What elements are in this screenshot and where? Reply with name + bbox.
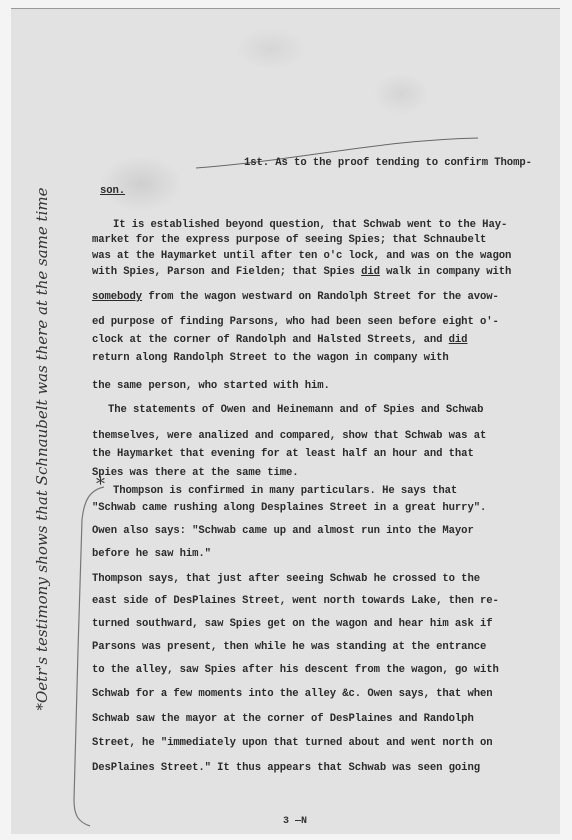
p1-line-1: It is established beyond question, that …: [113, 219, 507, 231]
p4-line-6: Schwab for a few moments into the alley …: [92, 688, 492, 700]
p1-line-6: ed purpose of finding Parsons, who had b…: [92, 316, 499, 328]
p3-line-2: "Schwab came rushing along Desplaines St…: [92, 502, 486, 514]
heading-line-1: 1st. As to the proof tending to confirm …: [244, 157, 532, 169]
p4-line-5: to the alley, saw Spies after his descen…: [92, 664, 499, 676]
underlined-word: did: [449, 334, 468, 346]
p2-line-2: themselves, were analized and compared, …: [92, 430, 486, 442]
p3-line-4: before he saw him.": [92, 548, 211, 560]
p1-line-3: was at the Haymarket until after ten o'c…: [92, 250, 511, 262]
asterisk-mark: *: [96, 474, 105, 495]
p1-line-8: return along Randolph Street to the wago…: [92, 352, 449, 364]
p1-line-4: with Spies, Parson and Fielden; that Spi…: [92, 266, 511, 278]
p1-line-2: market for the express purpose of seeing…: [92, 234, 486, 246]
p4-line-9: DesPlaines Street." It thus appears that…: [92, 762, 480, 774]
p4-line-1: Thompson says, that just after seeing Sc…: [92, 573, 480, 585]
p3-line-1: Thompson is confirmed in many particular…: [113, 485, 457, 497]
underlined-word: did: [361, 266, 380, 278]
p4-line-4: Parsons was present, then while he was s…: [92, 641, 486, 653]
p1-line-9: the same person, who started with him.: [92, 380, 330, 392]
handwritten-margin-note: *Oetr's testimony shows that Schnaubelt …: [33, 99, 51, 799]
p2-line-3: the Haymarket that evening for at least …: [92, 448, 474, 460]
underlined-word: somebody: [92, 291, 142, 303]
p4-line-3: turned southward, saw Spies get on the w…: [92, 618, 492, 630]
p1-line-5: somebody from the wagon westward on Rand…: [92, 291, 499, 303]
p4-line-8: Street, he "immediately upon that turned…: [92, 737, 492, 749]
p2-line-4: Spies was there at the same time.: [92, 467, 299, 479]
p4-line-2: east side of DesPlaines Street, went nor…: [92, 595, 499, 607]
p4-line-7: Schwab saw the mayor at the corner of De…: [92, 713, 474, 725]
page-number: 3 —N: [283, 816, 307, 827]
p2-line-1: The statements of Owen and Heinemann and…: [108, 404, 483, 416]
p3-line-3: Owen also says: "Schwab came up and almo…: [92, 525, 474, 537]
p1-line-7: clock at the corner of Randolph and Hals…: [92, 334, 467, 346]
heading-line-2: son.: [100, 185, 125, 197]
